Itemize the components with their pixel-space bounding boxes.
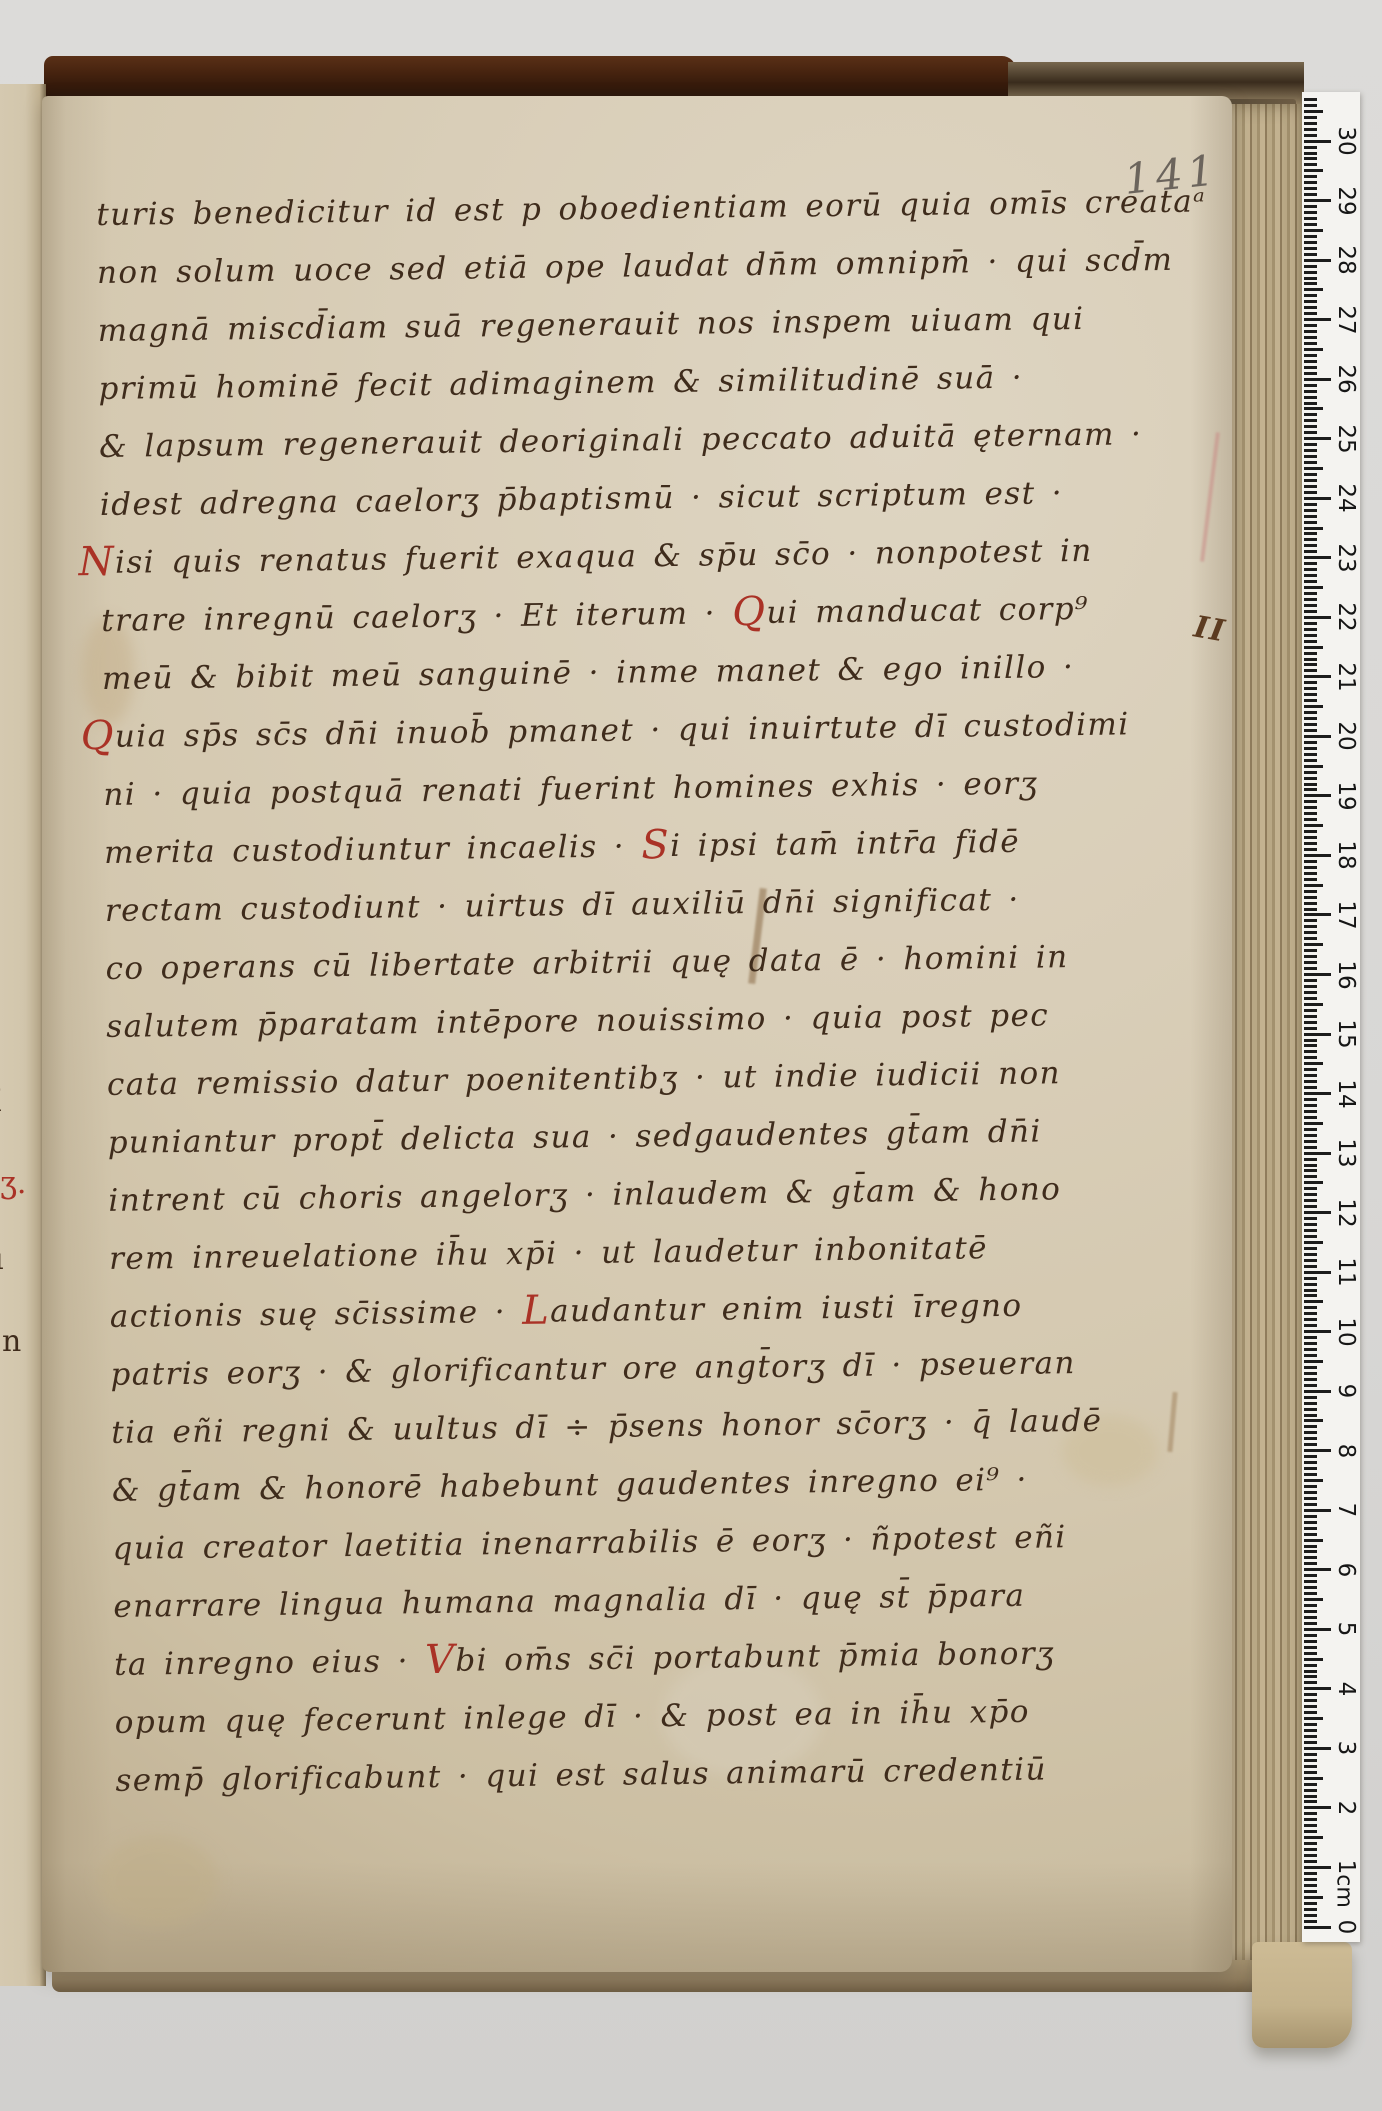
ruler-tick [1304,681,1317,684]
ruler-tick [1304,556,1331,559]
ruler-tick [1304,419,1317,422]
ruler-tick [1304,991,1317,994]
ruler-tick [1304,1324,1317,1327]
text-segment: salutem p̄paratam intēpore nouissimo · q… [106,997,1049,1045]
ruler-tick [1304,1771,1317,1774]
ruler-tick [1304,1777,1323,1780]
ruler-tick [1304,402,1317,405]
ruler-cm-label: 16 [1333,960,1359,989]
ruler-tick [1304,1092,1331,1095]
text-segment: ta inregno eius · [114,1643,425,1683]
ruler-tick [1304,1098,1317,1101]
manuscript-text-block: turis benedicitur id est p oboedientiam … [96,173,1206,1810]
ruler-cm-label: 13 [1333,1138,1359,1167]
ruler-tick [1304,919,1317,922]
ruler-tick [1304,830,1317,833]
ruler-tick [1304,1330,1331,1333]
ruler-tick [1304,384,1317,387]
ruler-tick [1304,878,1317,881]
ruler-tick [1304,848,1317,851]
ruler-tick [1304,1902,1317,1905]
ruler-tick [1304,110,1323,113]
ruler-tick [1304,360,1317,363]
ruler-tick [1304,1134,1317,1137]
ruler-cm-label: 7 [1333,1503,1359,1518]
ruler-tick [1304,973,1331,976]
ruler-tick [1304,717,1317,720]
ruler-tick [1304,1193,1317,1196]
ruler-tick [1304,282,1317,285]
ruler-tick [1304,1354,1317,1357]
ruler-tick [1304,527,1323,530]
ruler-tick [1304,497,1331,500]
ruler-tick [1304,902,1317,905]
text-segment: turis benedicitur id est p oboedientiam … [96,183,1206,233]
ruler-tick [1304,1396,1317,1399]
ruler-tick [1304,247,1317,250]
ruler-tick [1304,1783,1317,1786]
ruler-tick [1304,1068,1317,1071]
ruler-tick [1304,1842,1317,1845]
ruler-tick [1304,1247,1317,1250]
ruler-tick [1304,336,1317,339]
ruler-cm-label: 3 [1333,1741,1359,1756]
ruler-tick [1304,896,1317,899]
ruler-tick [1304,663,1317,666]
ruler-tick [1304,396,1317,399]
ruler-tick [1304,866,1317,869]
folio-number: 141 [1122,145,1222,204]
ruler-tick [1304,1164,1317,1167]
ruler-tick [1304,1461,1317,1464]
ruler-tick [1304,1283,1317,1286]
ruler-tick [1304,1848,1317,1851]
ruler-tick [1304,378,1331,381]
ruler-tick [1304,1521,1317,1524]
ruler-tick [1304,735,1331,738]
ruler-tick [1304,1336,1317,1339]
text-segment: rem inreuelatione ih̄u xp̄i · ut laudetu… [109,1230,988,1277]
ruler-tick [1304,1104,1317,1107]
ruler-tick [1304,836,1317,839]
text-segment: co operans cū libertate arbitrii quę dat… [105,939,1068,987]
ruler-tick [1304,842,1317,845]
ruler-tick [1304,818,1317,821]
text-segment: merita custodiuntur incaelis · [104,828,642,871]
ruler-tick [1304,854,1331,857]
ruler-tick [1304,1574,1317,1577]
text-segment: & gt̄am & honorē habebunt gaudentes inre… [112,1462,1028,1509]
ruler-tick [1304,1003,1323,1006]
ruler-tick [1304,205,1317,208]
ruler-tick [1304,1705,1317,1708]
text-segment: actionis suę sc̄issime · [110,1294,523,1335]
ruler-tick [1304,1277,1317,1280]
ruler-tick [1304,955,1317,958]
ruler-tick [1304,1158,1317,1161]
ruler-tick [1304,628,1317,631]
ruler-tick [1304,1360,1323,1363]
ruler-tick [1304,461,1317,464]
ruler-tick [1304,1509,1331,1512]
ruler-cm-label: 30 [1333,126,1359,155]
ruler-tick [1304,157,1317,160]
ruler-cm-label: 12 [1333,1198,1359,1227]
ruler-tick [1304,1050,1317,1053]
text-segment: non solum uoce sed etiā ope laudat dn̄m … [97,242,1174,291]
ruler-tick [1304,1390,1331,1393]
ruler-tick [1304,98,1317,101]
ruler-tick [1304,1550,1317,1553]
ruler-tick [1304,1152,1331,1155]
ruler-tick [1304,300,1317,303]
ruler-tick [1304,134,1317,137]
ruler-tick [1304,550,1317,553]
ruler-tick [1304,1598,1323,1601]
ruler-cm-label: 29 [1333,186,1359,215]
ruler-tick [1304,1735,1317,1738]
ruler-tick [1304,1402,1317,1405]
ruler-tick [1304,1175,1317,1178]
text-segment: rectam custodiunt · uirtus dī auxiliū dn… [105,882,1020,929]
ruler-tick [1304,1562,1317,1565]
ruler-tick [1304,538,1317,541]
ruler-tick [1304,1610,1317,1613]
ruler-tick [1304,1539,1323,1542]
text-segment: ui manducat corp⁹ [766,591,1089,631]
ruler-tick [1304,771,1317,774]
ruler-tick [1304,199,1331,202]
ruler-tick [1304,913,1331,916]
text-segment: ni · quia postquā renati fuerint homines… [103,766,1038,813]
ruler-tick [1304,580,1317,583]
ruler-tick [1304,979,1317,982]
ruler-tick [1304,1294,1317,1297]
ruler-tick [1304,652,1317,655]
ruler-tick [1304,1729,1317,1732]
ruler-cm-label: 6 [1333,1562,1359,1577]
ruler-tick [1304,271,1317,274]
ruler-tick [1304,1658,1323,1661]
ruler-tick [1304,949,1317,952]
ruler-tick [1304,634,1317,637]
ruler-tick [1304,1241,1323,1244]
ruler-tick [1304,1753,1317,1756]
text-segment: trare inregnū caelorʒ · Et iterum · [101,595,732,639]
ruler-tick [1304,211,1317,214]
ruler-tick [1304,1652,1317,1655]
ruler-tick [1304,1693,1317,1696]
ruler-tick [1304,1491,1317,1494]
ruler-tick [1304,1169,1317,1172]
ruler-tick [1304,354,1317,357]
text-segment: primū hominē fecit adimaginem & similitu… [98,360,1023,407]
ruler-tick [1304,390,1317,393]
ruler-tick [1304,586,1323,589]
ruler-tick [1304,1128,1317,1131]
ruler-tick [1304,1419,1323,1422]
ruler-cm-label: 5 [1333,1622,1359,1637]
ruler-tick [1304,1146,1317,1149]
ruler-tick [1304,1604,1317,1607]
ruler-tick [1304,1039,1317,1042]
text-segment: cata remissio datur poenitentibʒ · ut in… [107,1055,1061,1103]
ruler-tick [1304,1467,1317,1470]
ruler-tick [1304,1687,1331,1690]
ruler-tick [1304,1021,1317,1024]
ruler-tick [1304,592,1317,595]
ruler-tick [1304,473,1317,476]
ruler-tick [1304,1306,1317,1309]
ruler-tick [1304,1384,1317,1387]
ruler-tick [1304,1455,1317,1458]
facing-page-text-fragment: ı [0,1242,4,1277]
ruler-tick [1304,723,1317,726]
ruler-tick [1304,1312,1317,1315]
ruler-cm-label: 28 [1333,246,1359,275]
ruler-tick [1304,491,1317,494]
ruler-tick [1304,860,1317,863]
text-segment: i ipsi tam̄ intr̄a fidē [670,824,1020,864]
ruler-tick [1304,1586,1317,1589]
ruler-tick [1304,455,1317,458]
ruler-tick [1304,425,1317,428]
ruler-tick [1304,1824,1317,1827]
ruler-tick [1304,1675,1317,1678]
ruler-tick [1304,1747,1331,1750]
ruler-tick [1304,1086,1317,1089]
ruler-tick [1304,253,1317,256]
text-segment: & lapsum regenerauit deoriginali peccato… [99,416,1143,465]
ruler-tick [1304,521,1317,524]
ruler-tick [1304,1187,1317,1190]
ruler-tick [1304,699,1317,702]
ruler-tick [1304,1289,1317,1292]
ruler-tick [1304,152,1317,155]
ruler-cm-label: 0 [1333,1920,1359,1935]
ruler-tick [1304,324,1317,327]
ruler-tick [1304,1479,1323,1482]
photograph-background: īʒ.ın turis benedicitur id est p oboedie… [0,0,1382,2111]
ruler-tick [1304,693,1317,696]
ruler-tick [1304,1533,1317,1536]
ruler-cm-label: 23 [1333,543,1359,572]
ruler-cm-label: 18 [1333,841,1359,870]
ruler-tick [1304,1033,1331,1036]
parchment-stain [98,1836,218,1926]
ruler-tick [1304,116,1317,119]
rubric-initial: Q [80,713,115,759]
text-segment: opum quę fecerunt inlege dī · & post ea … [115,1694,1030,1741]
text-segment: intrent cū choris angelorʒ · inlaudem & … [108,1171,1061,1219]
ruler-tick [1304,509,1317,512]
ruler-tick [1304,574,1317,577]
ruler-tick [1304,616,1331,619]
ruler-tick [1304,1503,1317,1506]
ruler-tick [1304,1711,1317,1714]
ruler-tick [1304,259,1331,262]
ruler-tick [1304,1271,1331,1274]
ruler-tick [1304,1926,1331,1929]
ruler-tick [1304,1628,1331,1631]
ruler-tick [1304,884,1323,887]
red-pigment-smear [1200,432,1220,562]
ruler-tick [1304,777,1317,780]
ruler-tick [1304,1812,1317,1815]
ruler-tick [1304,366,1317,369]
ruler-tick [1304,146,1317,149]
ruler-tick [1304,908,1317,911]
ruler-tick [1304,175,1317,178]
ruler-tick [1304,1836,1323,1839]
text-segment: isi quis renatus fuerit exaqua & sp̄u sc… [115,533,1093,581]
ruler-tick [1304,1443,1317,1446]
ruler-cm-label: 9 [1333,1384,1359,1399]
ruler-tick [1304,122,1317,125]
ruler-tick [1304,967,1317,970]
ruler-tick [1304,1860,1317,1863]
rubric-initial: V [425,1637,456,1683]
ruler-tick [1304,1342,1317,1345]
ruler-tick [1304,413,1317,416]
ruler-tick [1304,1681,1317,1684]
ruler-tick [1304,1497,1317,1500]
ruler-tick [1304,1205,1317,1208]
ruler-tick [1304,348,1323,351]
rubric-initial: L [522,1288,551,1334]
text-segment: uia sp̄s sc̄s dn̄i inuob̄ pmanet · qui i… [115,706,1130,754]
text-segment: enarrare lingua humana magnalia dī · quę… [113,1578,1025,1625]
text-segment: tia eñi regni & uultus dī ÷ p̄sens honor… [111,1403,1103,1451]
ruler-tick [1304,217,1317,220]
rubric-initial: N [78,539,115,585]
ruler-tick [1304,1765,1317,1768]
ruler-tick [1304,1717,1323,1720]
ruler-tick [1304,1235,1317,1238]
ruler-tick [1304,1378,1317,1381]
ruler-tick [1304,1741,1317,1744]
ruler-cm-label: 26 [1333,365,1359,394]
ruler-tick [1304,1425,1317,1428]
ruler-tick [1304,1044,1317,1047]
ruler-tick [1304,467,1323,470]
text-segment: audantur enim iusti īregno [550,1288,1023,1330]
ruler-tick [1304,1199,1317,1202]
ruler-tick [1304,1830,1317,1833]
ruler-tick [1304,806,1317,809]
facing-page-sliver: īʒ.ın [0,84,46,1986]
ruler-tick [1304,288,1323,291]
ruler-tick [1304,503,1317,506]
ruler-tick [1304,443,1317,446]
ruler-tick [1304,1009,1317,1012]
facing-page-text-fragment: ʒ. [0,1166,26,1201]
ruler-cm-label: 25 [1333,424,1359,453]
ruler-tick [1304,318,1331,321]
ruler-tick [1304,675,1331,678]
ruler-cm-label: 27 [1333,305,1359,334]
ruler-tick [1304,931,1317,934]
ruler-tick [1304,187,1317,190]
ruler-tick [1304,1122,1323,1125]
ruler-tick [1304,1616,1317,1619]
ruler-tick [1304,1878,1317,1881]
ruler-tick [1304,765,1323,768]
ruler-tick [1304,1580,1317,1583]
ruler-tick [1304,788,1317,791]
ruler-tick [1304,872,1317,875]
ruler-tick [1304,1556,1317,1559]
page-fore-edge [1222,104,1304,1962]
ruler-tick [1304,562,1317,565]
ruler-tick [1304,961,1317,964]
ruler-tick [1304,1795,1317,1798]
ruler-tick [1304,1568,1331,1571]
ruler-tick [1304,1806,1331,1809]
ruler-tick [1304,1372,1317,1375]
ruler-tick [1304,1211,1331,1214]
ruler-cm-label: 4 [1333,1682,1359,1697]
ruler-tick [1304,294,1317,297]
ruler-tick [1304,1789,1317,1792]
ruler-cm-label: 22 [1333,603,1359,632]
ruler-tick [1304,783,1317,786]
ruler-tick [1304,1818,1317,1821]
ruler-tick [1304,1723,1317,1726]
ruler-tick [1304,104,1317,107]
ruler-tick [1304,997,1317,1000]
ruler-tick [1304,1640,1317,1643]
ruler-tick [1304,223,1317,226]
ruler-tick [1304,1759,1317,1762]
ruler-tick [1304,241,1317,244]
ruler-tick [1304,1027,1317,1030]
facing-page-text-fragment: ī [0,1084,2,1119]
ruler-tick [1304,1664,1317,1667]
ruler-tick [1304,1318,1317,1321]
ruler-tick [1304,759,1317,762]
ruler-tick [1304,128,1317,131]
ruler-tick [1304,1223,1317,1226]
ruler-tick [1304,741,1317,744]
ruler-tick [1304,1217,1317,1220]
text-segment: idest adregna caelorʒ p̄baptismū · sicut… [100,475,1063,523]
ruler-tick [1304,812,1317,815]
ruler-tick [1304,1140,1317,1143]
ruler-tick [1304,925,1317,928]
ruler-tick [1304,1265,1317,1268]
ruler-cm-label: 19 [1333,781,1359,810]
ruler-tick [1304,1872,1317,1875]
ruler-tick [1304,1646,1317,1649]
ruler-tick [1304,1473,1317,1476]
ruler-tick [1304,1485,1317,1488]
ruler-tick [1304,640,1317,643]
ruler-tick [1304,193,1317,196]
ruler-tick [1304,1300,1323,1303]
ruler-tick [1304,1080,1317,1083]
ruler-tick [1304,1854,1317,1857]
ruler-tick [1304,1181,1323,1184]
ruler-tick [1304,705,1323,708]
text-segment: quia creator laetitia inenarrabilis ē eo… [112,1519,1066,1567]
quire-mark: II [1191,609,1229,649]
ruler-cm-label: 14 [1333,1079,1359,1108]
ruler-tick [1304,342,1317,345]
ruler-cm-label: 15 [1333,1019,1359,1048]
ruler-tick [1304,1414,1317,1417]
ruler-tick [1304,431,1317,434]
